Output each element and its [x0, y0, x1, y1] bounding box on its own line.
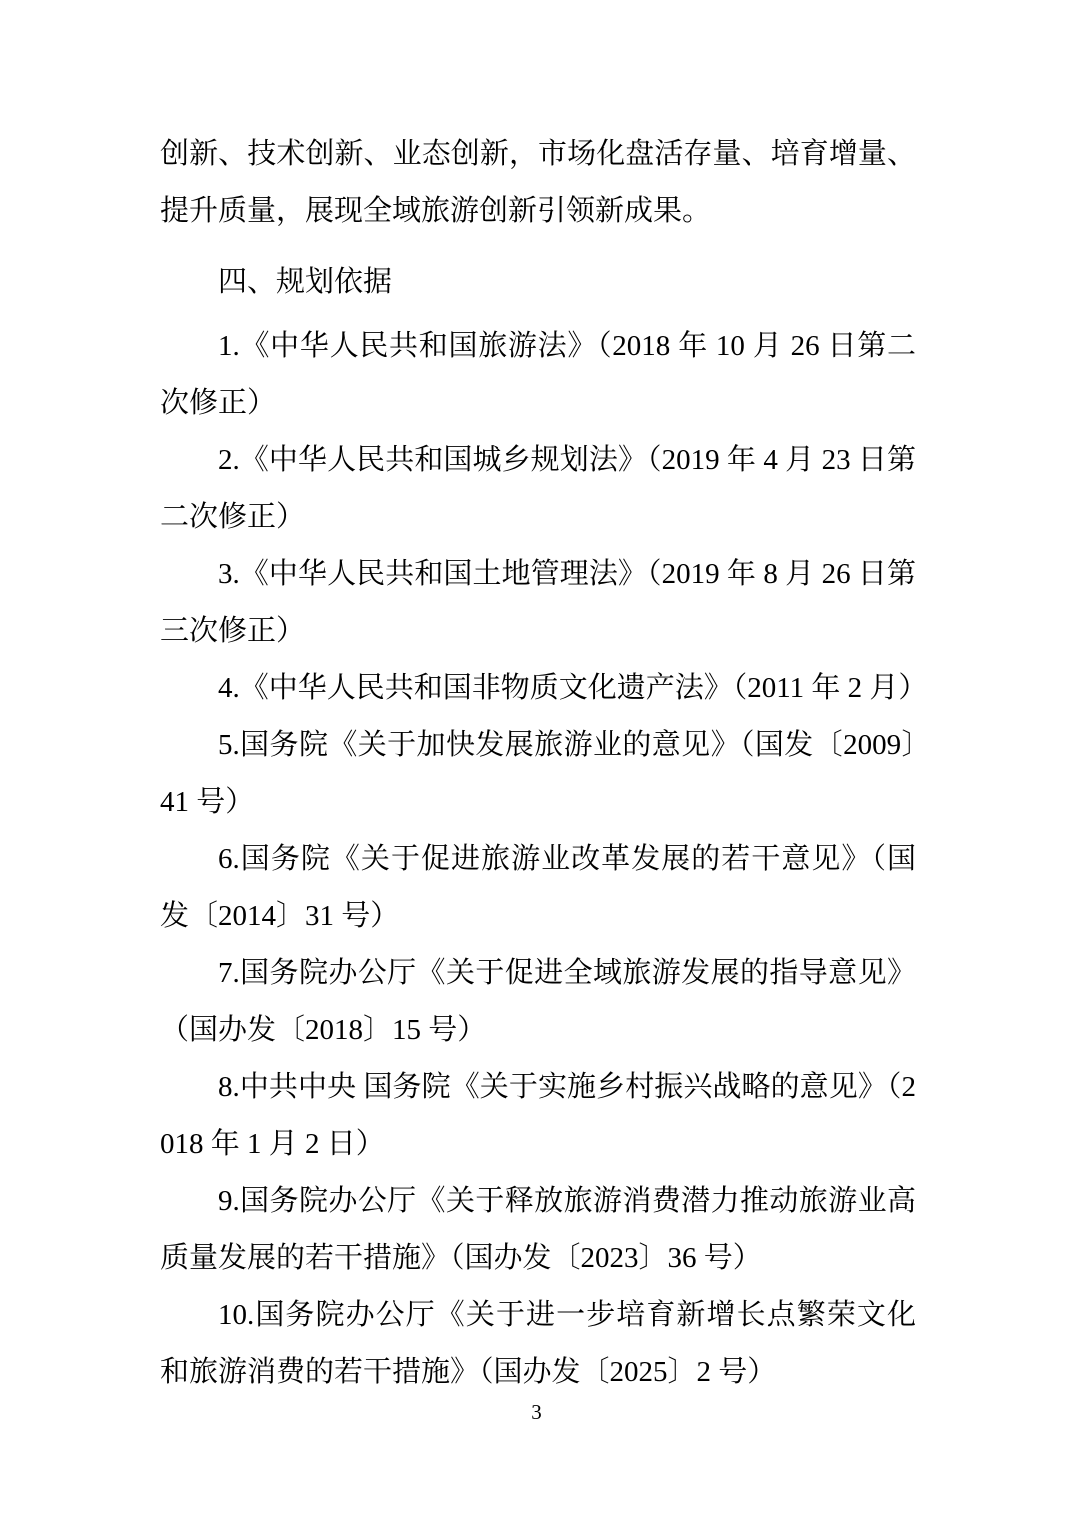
section-heading: 四、规划依据 [160, 254, 916, 311]
reference-item-9: 9.国务院办公厅《关于释放旅游消费潜力推动旅游业高质量发展的若干措施》（国办发〔… [160, 1173, 916, 1287]
reference-item-2: 2.《中华人民共和国城乡规划法》（2019 年 4 月 23 日第二次修正） [160, 432, 916, 546]
reference-item-5: 5.国务院《关于加快发展旅游业的意见》（国发〔2009〕41 号） [160, 717, 916, 831]
reference-item-3: 3.《中华人民共和国土地管理法》（2019 年 8 月 26 日第三次修正） [160, 546, 916, 660]
document-body: 创新、技术创新、业态创新，市场化盘活存量、培育增量、提升质量，展现全域旅游创新引… [160, 126, 916, 1401]
reference-item-7: 7.国务院办公厅《关于促进全域旅游发展的指导意见》（国办发〔2018〕15 号） [160, 945, 916, 1059]
reference-item-1: 1.《中华人民共和国旅游法》（2018 年 10 月 26 日第二次修正） [160, 318, 916, 432]
document-page: 创新、技术创新、业态创新，市场化盘活存量、培育增量、提升质量，展现全域旅游创新引… [0, 0, 1073, 1519]
reference-item-10: 10.国务院办公厅《关于进一步培育新增长点繁荣文化和旅游消费的若干措施》（国办发… [160, 1287, 916, 1401]
continuation-paragraph: 创新、技术创新、业态创新，市场化盘活存量、培育增量、提升质量，展现全域旅游创新引… [160, 126, 916, 240]
reference-item-8: 8.中共中央 国务院《关于实施乡村振兴战略的意见》（2018 年 1 月 2 日… [160, 1059, 916, 1173]
reference-item-4: 4.《中华人民共和国非物质文化遗产法》（2011 年 2 月） [160, 660, 916, 717]
reference-item-6: 6.国务院《关于促进旅游业改革发展的若干意见》（国发〔2014〕31 号） [160, 831, 916, 945]
page-number: 3 [0, 1398, 1073, 1426]
